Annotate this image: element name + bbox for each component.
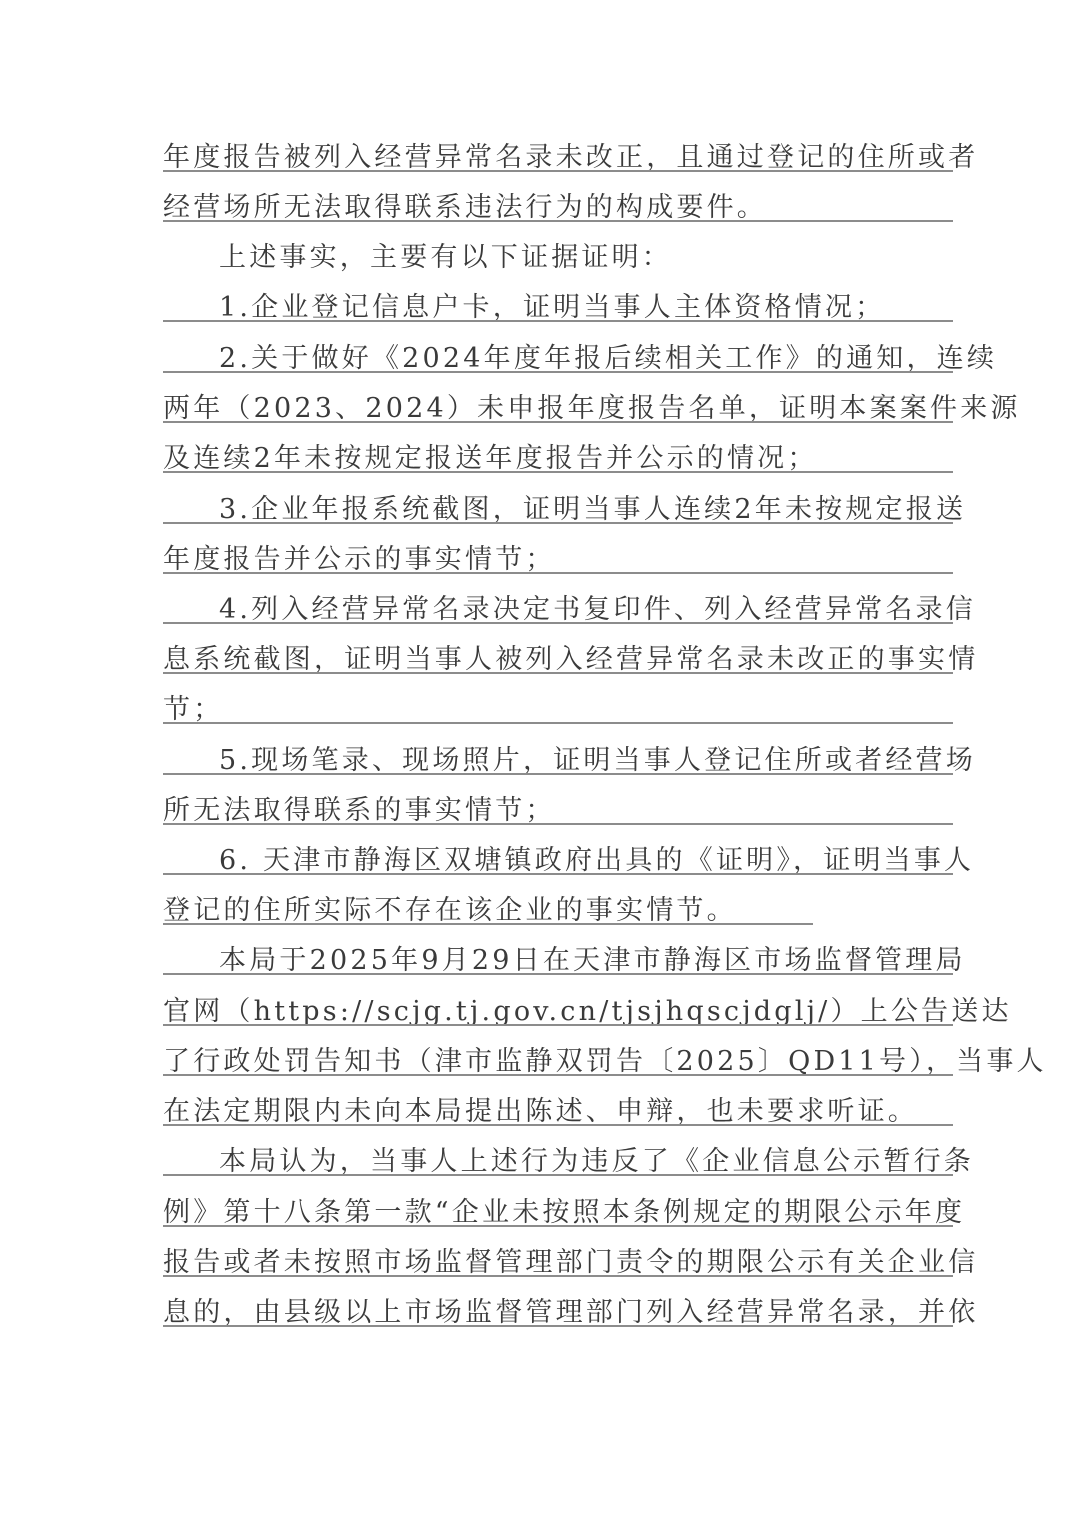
underline bbox=[163, 773, 953, 775]
text-line: 年度报告并公示的事实情节； bbox=[163, 540, 953, 590]
text-line: 3.企业年报系统截图，证明当事人连续2年未按规定报送 bbox=[163, 490, 953, 540]
text-line: 所无法取得联系的事实情节； bbox=[163, 791, 953, 841]
document-page: 年度报告被列入经营异常名录未改正，且通过登记的住所或者 经营场所无法取得联系违法… bbox=[0, 0, 1074, 1516]
underline bbox=[163, 371, 953, 373]
text-line: 息系统截图，证明当事人被列入经营异常名录未改正的事实情 bbox=[163, 640, 953, 690]
text-line: 本局认为，当事人上述行为违反了《企业信息公示暂行条 bbox=[163, 1142, 953, 1192]
underline bbox=[163, 1124, 953, 1126]
text-line: 本局于2025年9月29日在天津市静海区市场监督管理局 bbox=[163, 941, 953, 991]
underline bbox=[163, 1174, 953, 1176]
text-line: 登记的住所实际不存在该企业的事实情节。 bbox=[163, 891, 953, 941]
text-line: 及连续2年未按规定报送年度报告并公示的情况； bbox=[163, 439, 953, 489]
text-line: 5.现场笔录、现场照片，证明当事人登记住所或者经营场 bbox=[163, 741, 953, 791]
text-line: 例》第十八条第一款“企业未按照本条例规定的期限公示年度 bbox=[163, 1193, 953, 1243]
text-line: 官网（https://scjg.tj.gov.cn/tjsjhqscjdglj/… bbox=[163, 992, 953, 1042]
underline bbox=[163, 722, 953, 724]
underline bbox=[163, 572, 953, 574]
underline bbox=[163, 873, 953, 875]
text-line: 4.列入经营异常名录决定书复印件、列入经营异常名录信 bbox=[163, 590, 953, 640]
text-line: 6. 天津市静海区双塘镇政府出具的《证明》，证明当事人 bbox=[163, 841, 953, 891]
underline bbox=[163, 320, 953, 322]
text-line: 了行政处罚告知书（津市监静双罚告〔2025〕QD11号），当事人 bbox=[163, 1042, 953, 1092]
text-line: 节； bbox=[163, 690, 953, 740]
underline bbox=[163, 421, 953, 423]
underline bbox=[163, 220, 953, 222]
text-line: 报告或者未按照市场监督管理部门责令的期限公示有关企业信 bbox=[163, 1243, 953, 1293]
underline bbox=[163, 471, 953, 473]
underline bbox=[163, 672, 953, 674]
text-line: 上述事实，主要有以下证据证明： bbox=[163, 238, 953, 288]
underline bbox=[163, 1024, 953, 1026]
underline bbox=[163, 1275, 953, 1277]
text-line: 在法定期限内未向本局提出陈述、申辩，也未要求听证。 bbox=[163, 1092, 953, 1142]
text-line: 2.关于做好《2024年度年报后续相关工作》的通知，连续 bbox=[163, 339, 953, 389]
text-line: 年度报告被列入经营异常名录未改正，且通过登记的住所或者 bbox=[163, 138, 953, 188]
text-line: 1.企业登记信息户卡，证明当事人主体资格情况； bbox=[163, 288, 953, 338]
underline bbox=[163, 1325, 953, 1327]
underline bbox=[163, 973, 953, 975]
underline bbox=[163, 1225, 953, 1227]
text-line: 息的，由县级以上市场监督管理部门列入经营异常名录，并依 bbox=[163, 1293, 953, 1343]
text-line: 两年（2023、2024）未申报年度报告名单，证明本案案件来源 bbox=[163, 389, 953, 439]
underline bbox=[163, 170, 953, 172]
underline bbox=[163, 823, 953, 825]
underline bbox=[163, 1074, 953, 1076]
underline bbox=[163, 923, 813, 925]
underline bbox=[163, 522, 953, 524]
text-line: 经营场所无法取得联系违法行为的构成要件。 bbox=[163, 188, 953, 238]
underline bbox=[163, 622, 953, 624]
